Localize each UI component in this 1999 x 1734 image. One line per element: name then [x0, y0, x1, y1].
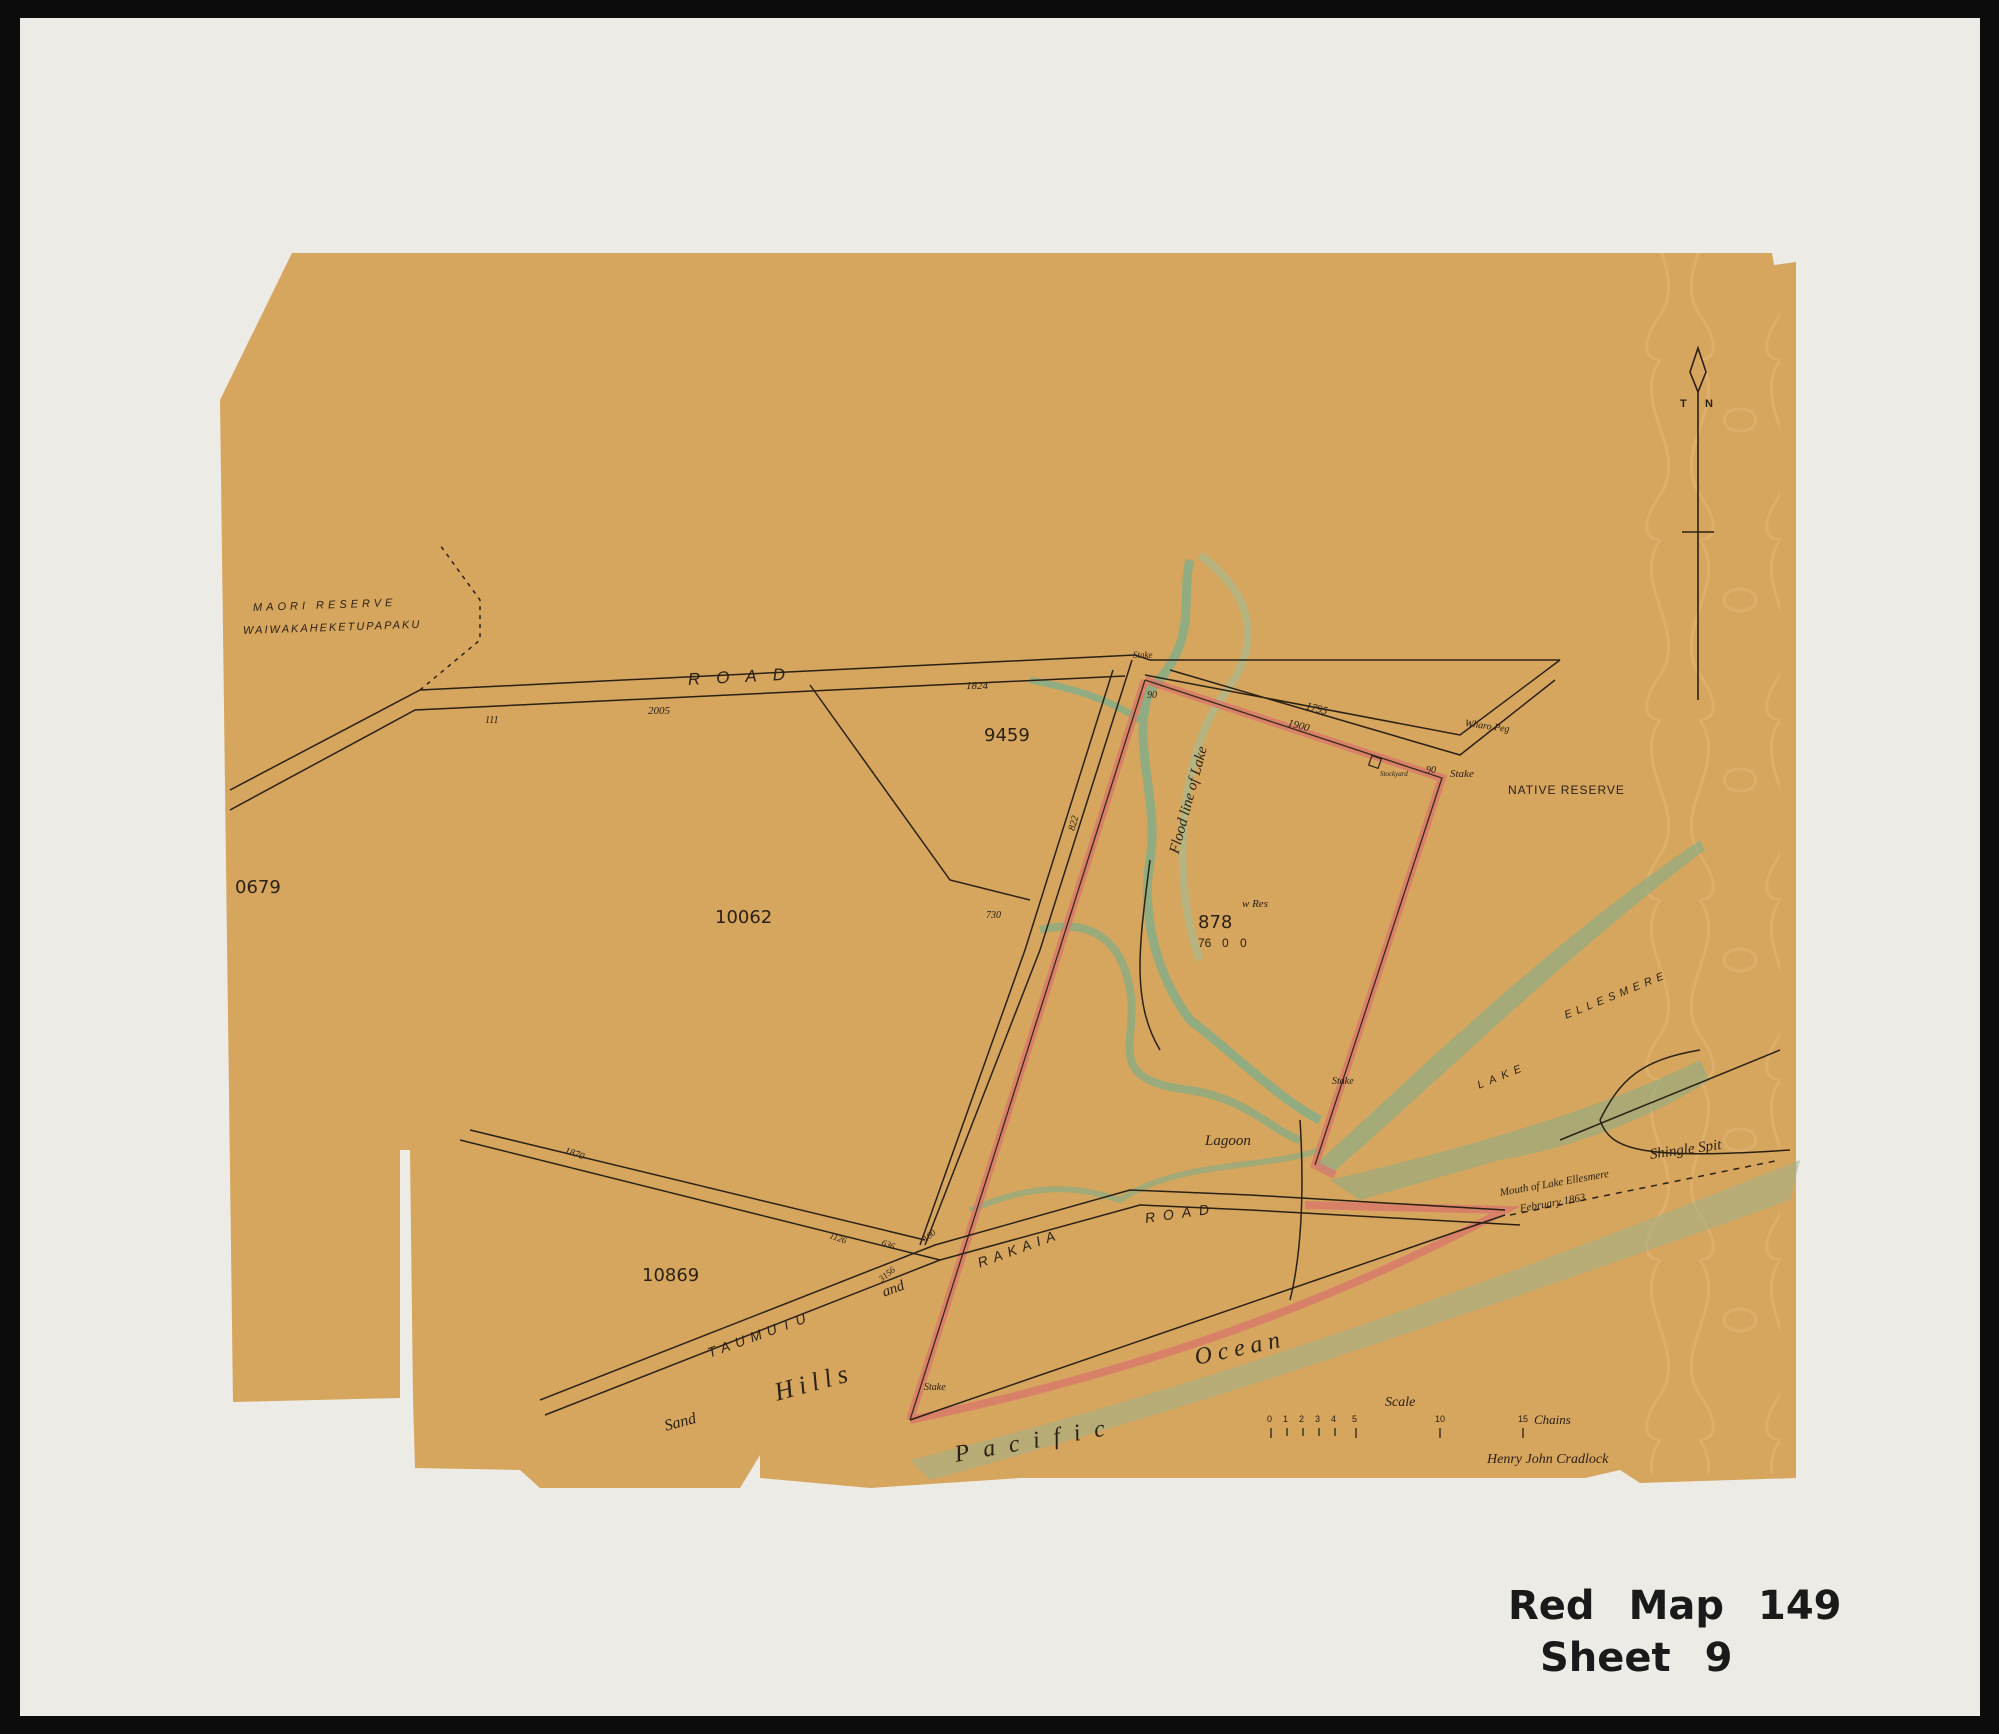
scale-tick-15: 15	[1518, 1414, 1528, 1424]
scale-unit: Chains	[1534, 1412, 1571, 1428]
lagoon-label: Lagoon	[1205, 1133, 1251, 1150]
surveyor-signature: Henry John Cradlock	[1487, 1452, 1608, 1468]
north-label-t: T	[1680, 398, 1687, 410]
measure-2005: 2005	[648, 705, 670, 717]
section-9459: 9459	[984, 725, 1030, 746]
scale-tick-5: 5	[1352, 1414, 1357, 1424]
bearing-90-b: 90	[1426, 765, 1436, 776]
scale-tick-2: 2	[1299, 1414, 1304, 1424]
map-sheet	[0, 0, 1999, 1734]
scale-tick-4: 4	[1331, 1414, 1336, 1424]
stake-label-1: Stake	[1133, 650, 1153, 660]
section-0679: 0679	[235, 877, 281, 898]
stake-label-3: Stake	[1332, 1076, 1354, 1087]
peg-111: 111	[485, 715, 499, 726]
stake-label-2: Stake	[1450, 768, 1474, 780]
scale-tick-1: 1	[1283, 1414, 1288, 1424]
stamp-sheet-number: 9	[1705, 1635, 1733, 1681]
stamp-number: 149	[1758, 1583, 1842, 1629]
stockyard-label: Stockyard	[1380, 770, 1408, 778]
section-878-note: w Res	[1242, 898, 1268, 910]
bearing-730: 730	[986, 910, 1001, 921]
scale-tick-10: 10	[1435, 1414, 1445, 1424]
measure-1824: 1824	[966, 680, 988, 692]
watermark-band	[1640, 253, 1780, 1473]
scale-tick-3: 3	[1315, 1414, 1320, 1424]
north-label-n: N	[1705, 398, 1713, 410]
scale-tick-0: 0	[1267, 1414, 1272, 1424]
section-10062: 10062	[715, 907, 772, 928]
stamp-sheet: Sheet	[1540, 1635, 1671, 1681]
native-reserve-label: NATIVE RESERVE	[1508, 783, 1625, 797]
catalog-stamp: RedMap149 Sheet9	[1508, 1580, 1876, 1684]
section-878-area-r: 0	[1222, 936, 1229, 950]
paper	[220, 253, 1796, 1488]
stake-label-4: Stake	[924, 1382, 946, 1393]
section-878-area-p: 0	[1240, 936, 1247, 950]
bearing-90-a: 90	[1147, 690, 1157, 701]
section-878: 878	[1198, 912, 1232, 933]
stamp-red: Red	[1508, 1583, 1595, 1629]
section-878-area-a: 76	[1198, 936, 1211, 950]
stamp-map: Map	[1629, 1583, 1724, 1629]
section-10869: 10869	[642, 1265, 699, 1286]
scale-label: Scale	[1385, 1395, 1415, 1411]
